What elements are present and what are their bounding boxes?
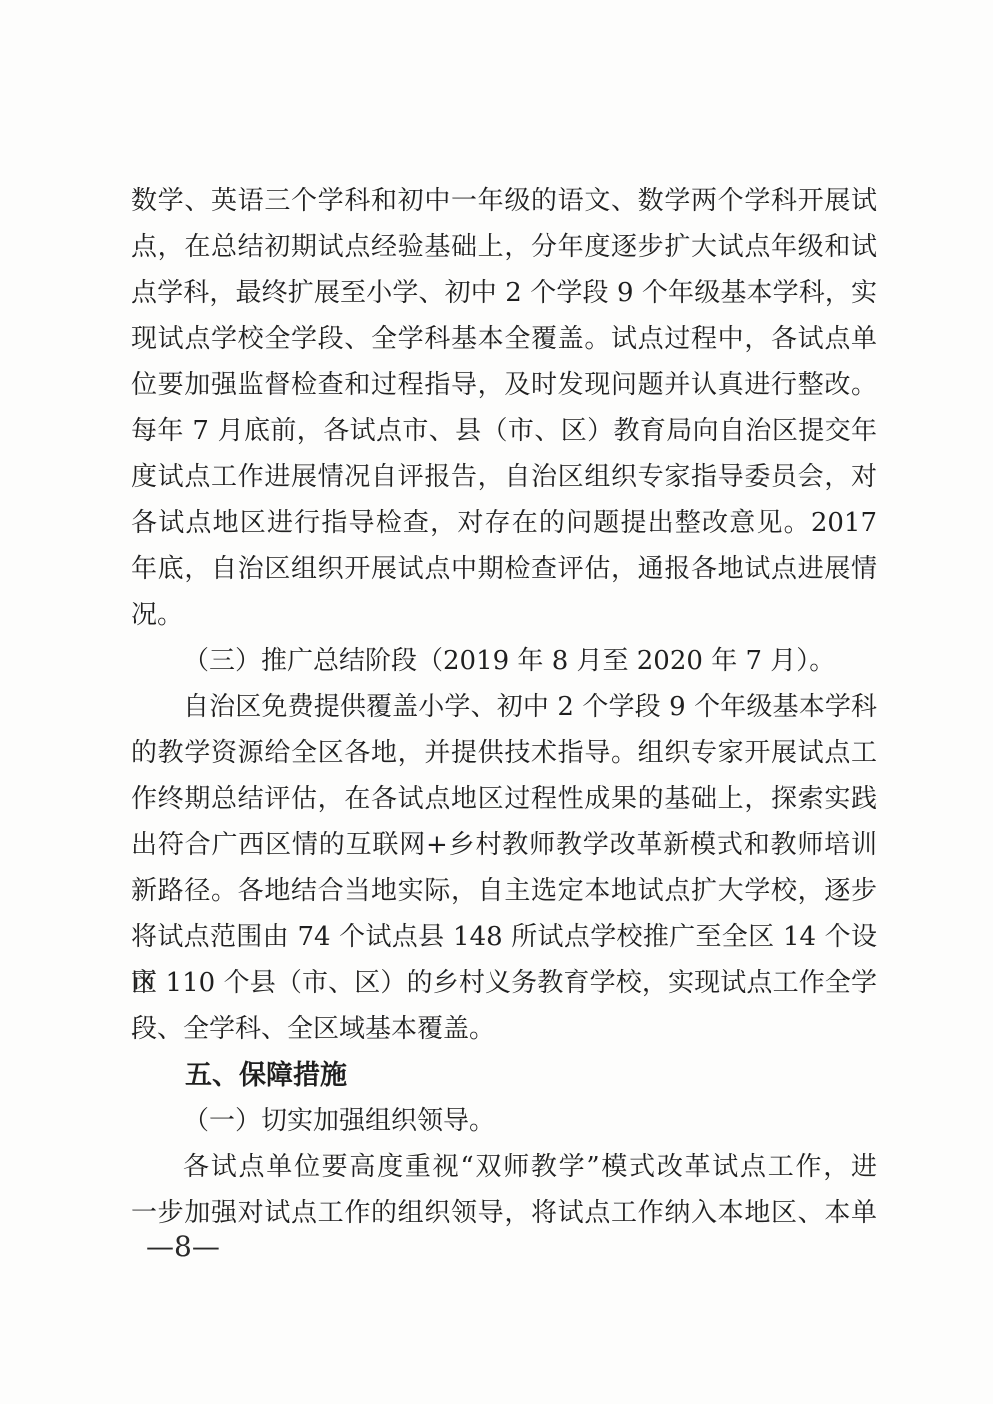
text-line: 各试点地区进行指导检查，对存在的问题提出整改意见。2017: [131, 500, 877, 546]
document-page: 数学、英语三个学科和初中一年级的语文、数学两个学科开展试 点，在总结初期试点经验…: [0, 0, 993, 1404]
text-line: 一步加强对试点工作的组织领导，将试点工作纳入本地区、本单: [131, 1190, 877, 1236]
text-line: 出符合广西区情的互联网+乡村教师教学改革新模式和教师培训: [131, 822, 877, 868]
heading-stage-three: （三）推广总结阶段（2019 年 8 月至 2020 年 7 月）。: [131, 638, 877, 684]
text-line: 况。: [131, 592, 877, 638]
text-line: 度试点工作进展情况自评报告，自治区组织专家指导委员会，对: [131, 454, 877, 500]
text-line: 新路径。各地结合当地实际，自主选定本地试点扩大学校，逐步: [131, 868, 877, 914]
text-line: 市 110 个县（市、区）的乡村义务教育学校，实现试点工作全学: [131, 960, 877, 1006]
text-line: 将试点范围由 74 个试点县 148 所试点学校推广至全区 14 个设区: [131, 914, 877, 960]
text-line: 现试点学校全学段、全学科基本全覆盖。试点过程中，各试点单: [131, 316, 877, 362]
text-line: 位要加强监督检查和过程指导，及时发现问题并认真进行整改。: [131, 362, 877, 408]
text-line: 段、全学科、全区域基本覆盖。: [131, 1006, 877, 1052]
text-line: 数学、英语三个学科和初中一年级的语文、数学两个学科开展试: [131, 178, 877, 224]
document-body: 数学、英语三个学科和初中一年级的语文、数学两个学科开展试 点，在总结初期试点经验…: [131, 178, 877, 1236]
text-line: 每年 7 月底前，各试点市、县（市、区）教育局向自治区提交年: [131, 408, 877, 454]
text-line: 的教学资源给全区各地，并提供技术指导。组织专家开展试点工: [131, 730, 877, 776]
text-line: 自治区免费提供覆盖小学、初中 2 个学段 9 个年级基本学科: [131, 684, 877, 730]
page-number: —8—: [146, 1231, 220, 1263]
text-line: 作终期总结评估，在各试点地区过程性成果的基础上，探索实践: [131, 776, 877, 822]
text-line: 点学科，最终扩展至小学、初中 2 个学段 9 个年级基本学科，实: [131, 270, 877, 316]
heading-section-five: 五、保障措施: [131, 1052, 877, 1098]
text-line: 年底，自治区组织开展试点中期检查评估，通报各地试点进展情: [131, 546, 877, 592]
text-line: 各试点单位要高度重视“双师教学”模式改革试点工作，进: [131, 1144, 877, 1190]
heading-item-one: （一）切实加强组织领导。: [131, 1098, 877, 1144]
text-line: 点，在总结初期试点经验基础上，分年度逐步扩大试点年级和试: [131, 224, 877, 270]
